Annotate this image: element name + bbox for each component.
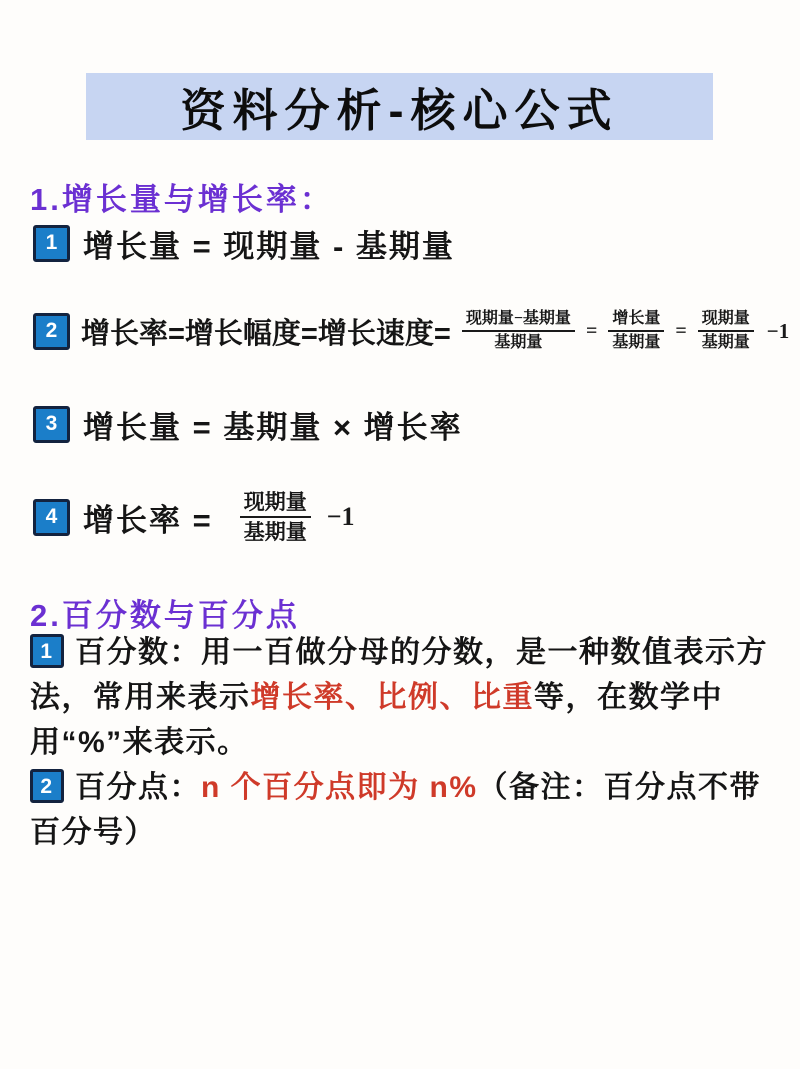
paragraph-text: 百分点： <box>75 771 201 804</box>
fraction-growth-amount: 增长量 基期量 <box>608 310 664 353</box>
fraction-denominator: 基期量 <box>702 332 750 352</box>
fraction-denominator: 基期量 <box>494 332 542 352</box>
equals-sign: = <box>675 320 686 343</box>
minus-one-term: −1 <box>767 319 789 344</box>
fraction-numerator: 增长量 <box>608 310 664 332</box>
fraction-denominator: 基期量 <box>612 332 660 352</box>
formula-row-3: 3 增长量 = 基期量 × 增长率 <box>33 403 463 445</box>
highlighted-text: n 个百分点即为 n% <box>201 771 478 804</box>
page-title: 资料分析-核心公式 <box>181 74 619 139</box>
formula-row-4: 4 增长率 = 现期量 基期量 −1 <box>33 485 355 549</box>
fraction-numerator: 现期量−基期量 <box>462 310 575 332</box>
equals-sign: = <box>586 320 597 343</box>
item-number-badge-1: 1 <box>33 225 70 262</box>
formula-row-2: 2 增长率=增长幅度=增长速度= 现期量−基期量 基期量 = 增长量 基期量 =… <box>33 299 789 363</box>
formula-row-1: 1 增长量 = 现期量 - 基期量 <box>33 222 455 264</box>
highlighted-text: 增长率、比例、比重 <box>251 681 535 714</box>
section1-heading: 1.增长量与增长率： <box>30 174 334 219</box>
percentage-point-paragraph: 2百分点：n 个百分点即为 n%（备注：百分点不带百分号） <box>30 765 784 855</box>
item-number-badge-2: 2 <box>33 313 70 350</box>
fraction-current-over-base: 现期量 基期量 <box>698 310 754 353</box>
formula-text-3: 增长量 = 基期量 × 增长率 <box>83 402 463 447</box>
section2-body: 1百分数：用一百做分母的分数，是一种数值表示方法，常用来表示增长率、比例、比重等… <box>30 630 784 855</box>
fraction-numerator: 现期量 <box>698 310 754 332</box>
fraction-numerator: 现期量 <box>240 490 311 518</box>
notes-page: 资料分析-核心公式 1.增长量与增长率： 1 增长量 = 现期量 - 基期量 2… <box>0 0 800 1069</box>
title-banner: 资料分析-核心公式 <box>86 73 713 140</box>
section2-heading: 2.百分数与百分点 <box>30 590 300 635</box>
fraction-denominator: 基期量 <box>244 518 307 544</box>
fraction-current-over-base: 现期量 基期量 <box>240 490 311 544</box>
fraction-growth-def: 现期量−基期量 基期量 <box>462 310 575 353</box>
formula-text-1: 增长量 = 现期量 - 基期量 <box>83 221 455 266</box>
formula-lead-2: 增长率=增长幅度=增长速度= <box>81 311 451 352</box>
item-number-badge-4: 4 <box>33 499 70 536</box>
minus-one-term: −1 <box>327 502 355 532</box>
item-number-badge-3: 3 <box>33 406 70 443</box>
item-number-badge-s2-2: 2 <box>30 769 64 803</box>
item-number-badge-s2-1: 1 <box>30 634 64 668</box>
formula-lead-4: 增长率 = <box>83 495 213 540</box>
percentage-definition-paragraph: 1百分数：用一百做分母的分数，是一种数值表示方法，常用来表示增长率、比例、比重等… <box>30 630 784 765</box>
